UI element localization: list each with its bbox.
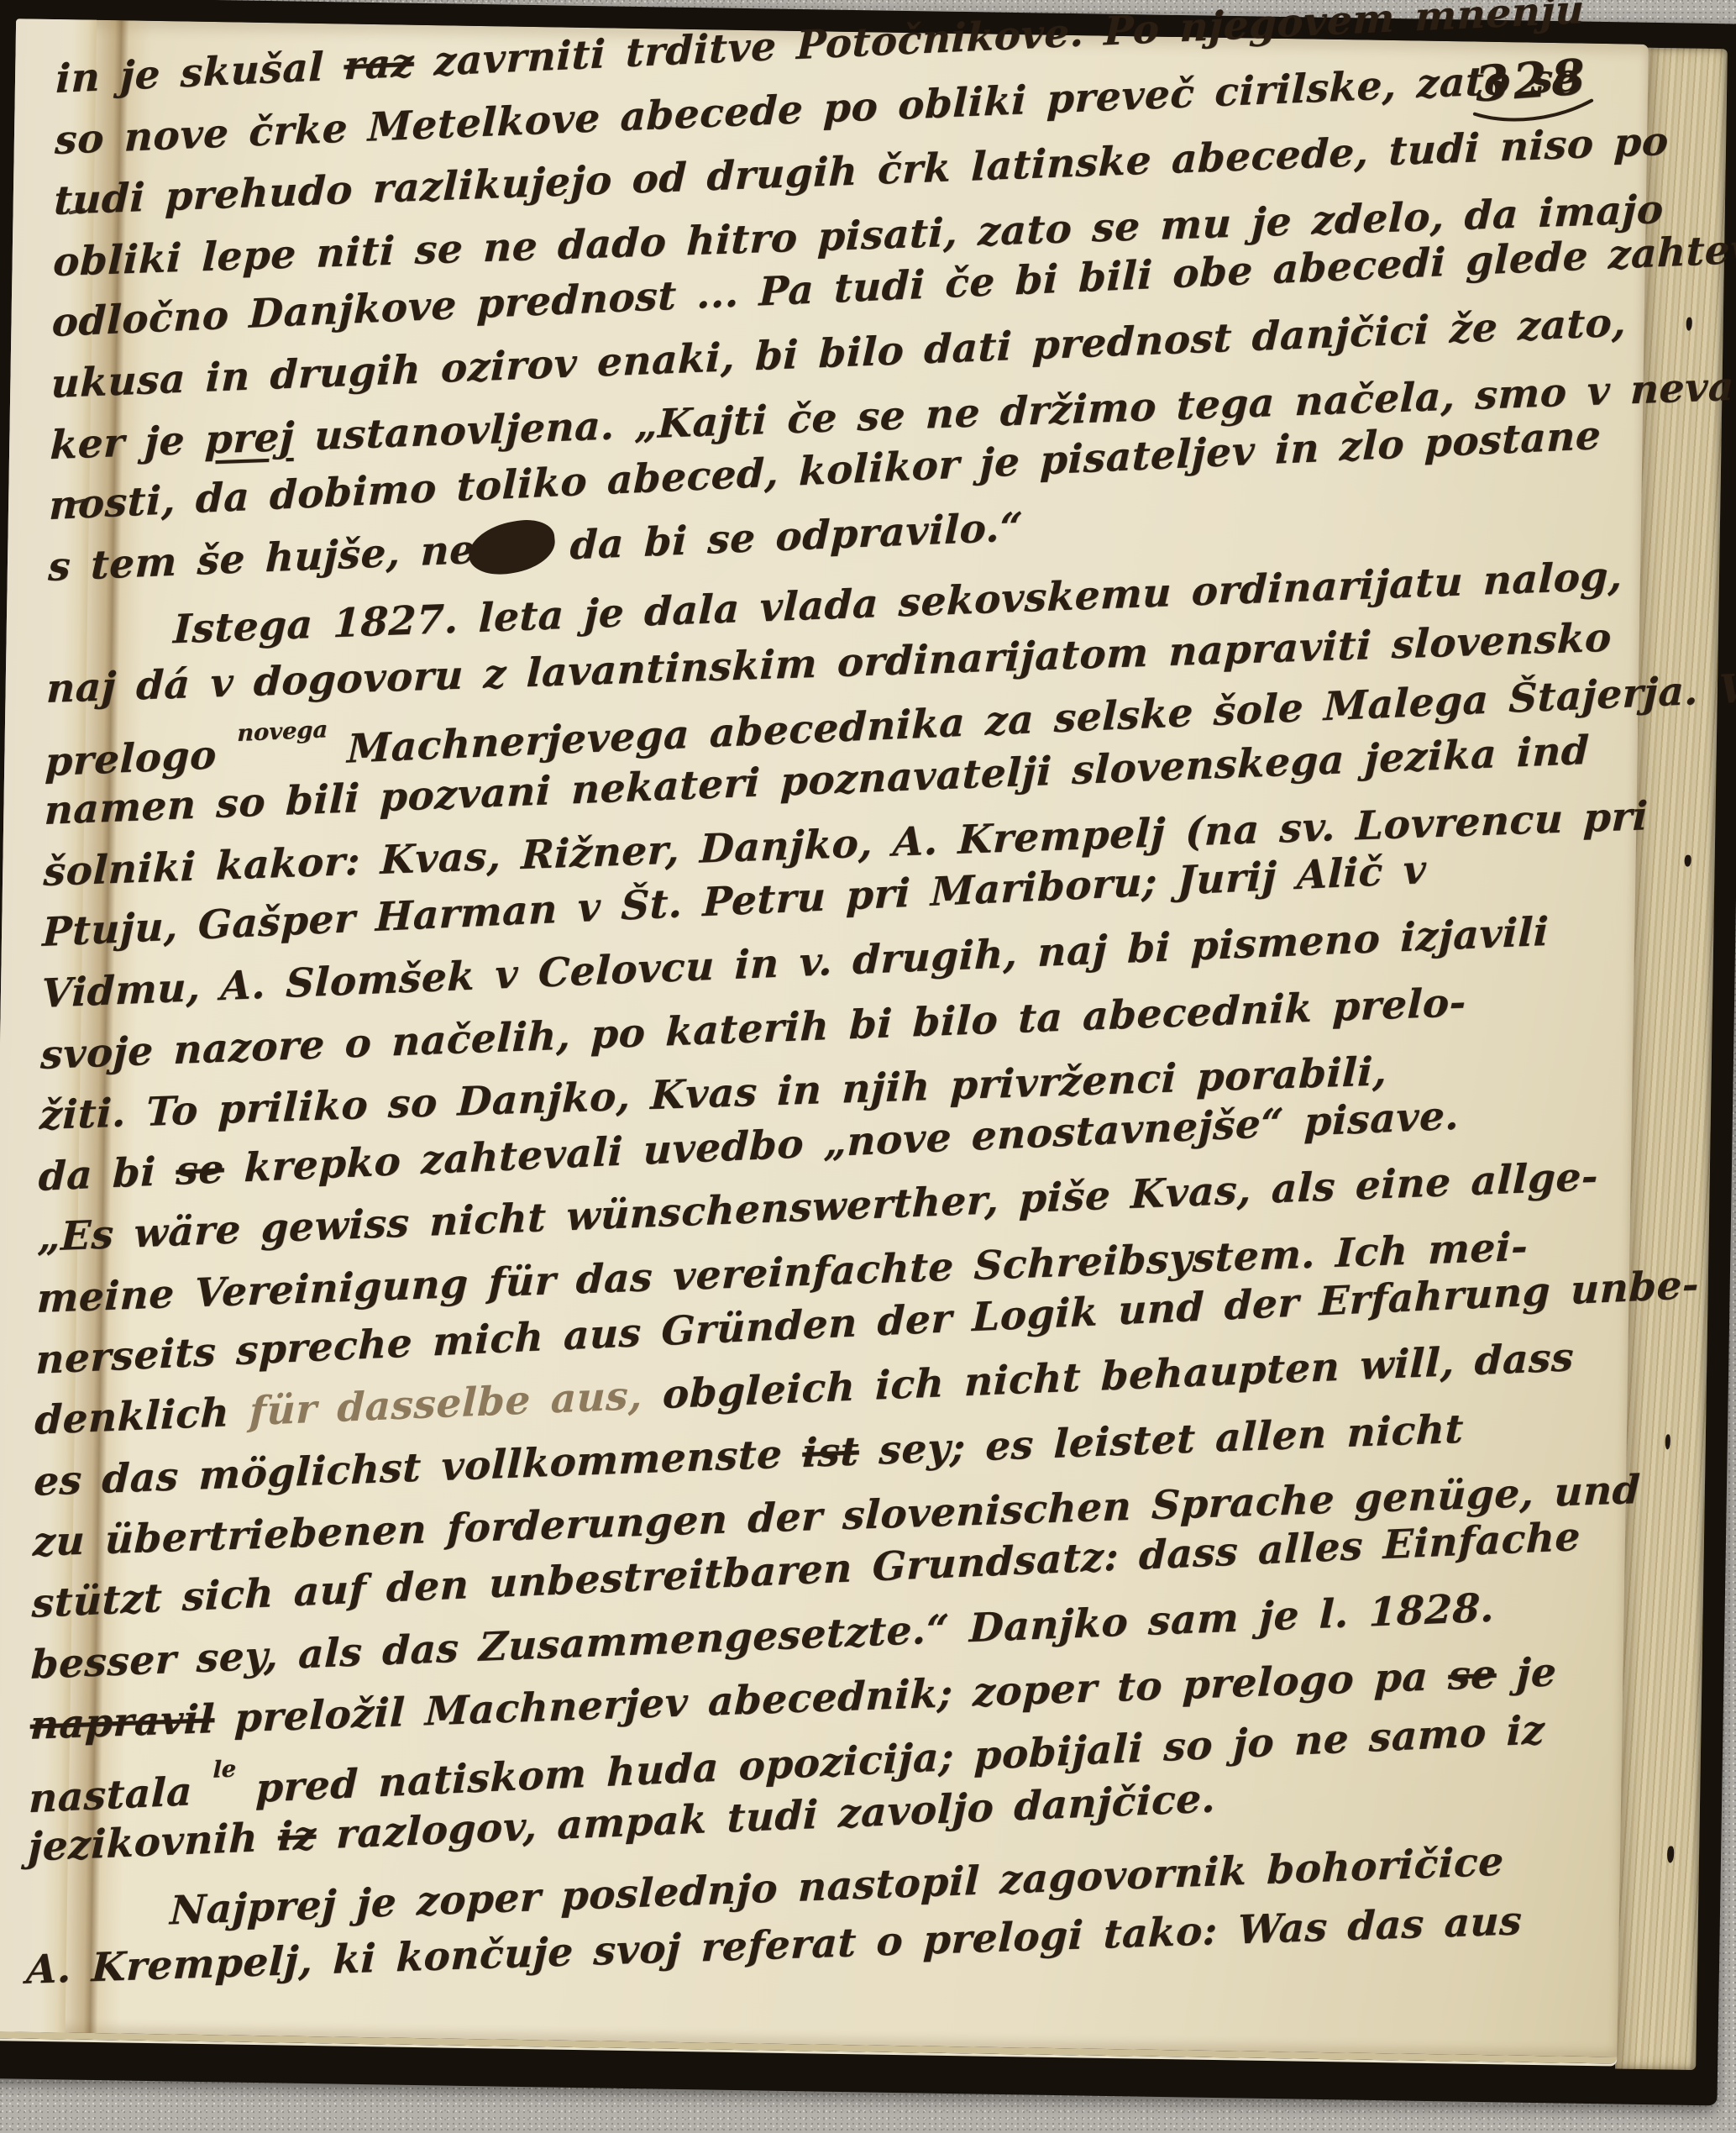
text-segment: in je skušal xyxy=(55,43,344,102)
text-segment: sey; es leistet allen nicht xyxy=(858,1405,1465,1474)
ink-blot: kar xyxy=(475,523,551,573)
strikethrough-text: se xyxy=(176,1146,225,1195)
strikethrough-text: napravil xyxy=(29,1696,216,1749)
inserted-word: le xyxy=(212,1755,236,1783)
strikethrough-text: iz xyxy=(277,1813,317,1861)
ink-speck xyxy=(1667,1846,1674,1862)
text-segment: es das möglichst vollkommenste xyxy=(33,1431,803,1505)
ink-speck xyxy=(1665,1434,1670,1449)
text-segment: jezikovnih xyxy=(28,1815,279,1871)
text-segment: denklich xyxy=(34,1389,250,1444)
ink-speck xyxy=(1685,855,1691,867)
photo-background: 328 in je skušal raz zavrniti trditve Po… xyxy=(0,0,1736,2133)
faded-text: für dasselbe aus, xyxy=(249,1373,643,1435)
text-segment: da bi se odpravilo.“ xyxy=(549,504,1024,570)
handwriting-lines: in je skušal raz zavrniti trditve Potočn… xyxy=(0,18,1649,2057)
ink-speck xyxy=(1686,318,1692,331)
strikethrough-text: ist xyxy=(801,1428,859,1477)
text-segment: ker je xyxy=(50,417,206,469)
text-segment: je xyxy=(1496,1649,1558,1698)
text-segment: nastala xyxy=(28,1768,212,1822)
text-segment: da bi xyxy=(38,1148,176,1200)
manuscript-page: 328 in je skušal raz zavrniti trditve Po… xyxy=(0,18,1649,2063)
text-segment: s tem še hujše, ne xyxy=(47,527,475,591)
underlined-word: prej xyxy=(204,413,295,463)
inserted-word: novega xyxy=(237,716,328,747)
text-segment: prelogo xyxy=(45,731,238,785)
book-cover: 328 in je skušal raz zavrniti trditve Po… xyxy=(0,0,1736,2105)
strikethrough-text: se xyxy=(1447,1652,1497,1700)
strikethrough-text: raz xyxy=(344,40,415,90)
